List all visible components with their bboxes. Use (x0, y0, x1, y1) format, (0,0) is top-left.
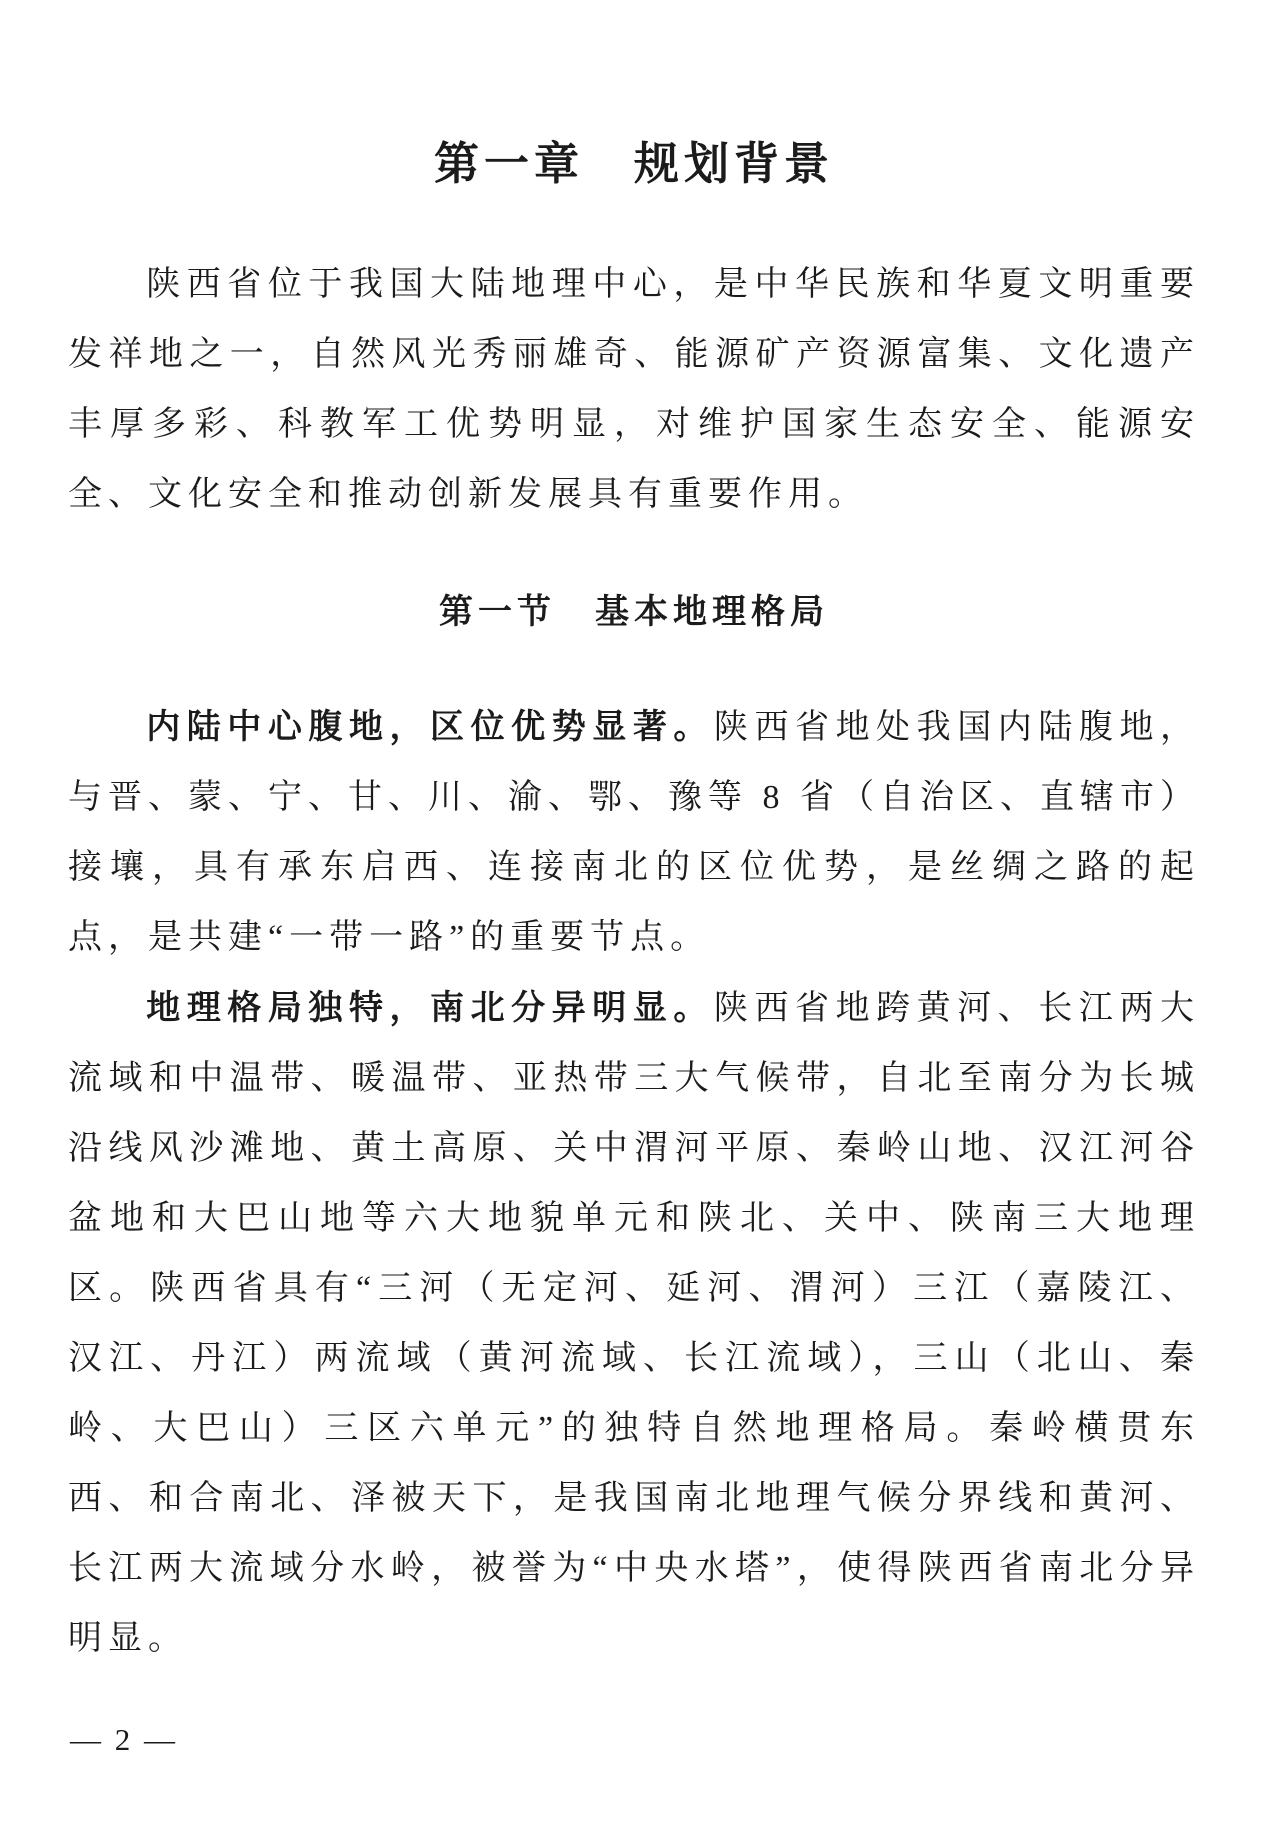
document-page: 第一章 规划背景 陕西省位于我国大陆地理中心，是中华民族和华夏文明重要发祥地之一… (0, 0, 1280, 1846)
paragraph-location-body: 陕西省地处我国内陆腹地，与晋、蒙、宁、甘、川、渝、鄂、豫等 8 省（自治区、直辖… (68, 709, 1200, 956)
page-number: — 2 — (70, 1722, 178, 1758)
intro-paragraph: 陕西省位于我国大陆地理中心，是中华民族和华夏文明重要发祥地之一，自然风光秀丽雄奇… (68, 250, 1200, 530)
page-content: 第一章 规划背景 陕西省位于我国大陆地理中心，是中华民族和华夏文明重要发祥地之一… (0, 0, 1280, 1674)
chapter-title: 第一章 规划背景 (68, 136, 1200, 192)
section-title: 第一节 基本地理格局 (68, 588, 1200, 636)
paragraph-location: 内陆中心腹地，区位优势显著。陕西省地处我国内陆腹地，与晋、蒙、宁、甘、川、渝、鄂… (68, 692, 1200, 973)
paragraph-location-lead: 内陆中心腹地，区位优势显著。 (146, 708, 714, 746)
paragraph-geography-lead: 地理格局独特，南北分异明显。 (146, 989, 714, 1027)
paragraph-geography: 地理格局独特，南北分异明显。陕西省地跨黄河、长江两大流域和中温带、暖温带、亚热带… (68, 973, 1200, 1674)
paragraph-geography-body: 陕西省地跨黄河、长江两大流域和中温带、暖温带、亚热带三大气候带，自北至南分为长城… (68, 990, 1200, 1657)
